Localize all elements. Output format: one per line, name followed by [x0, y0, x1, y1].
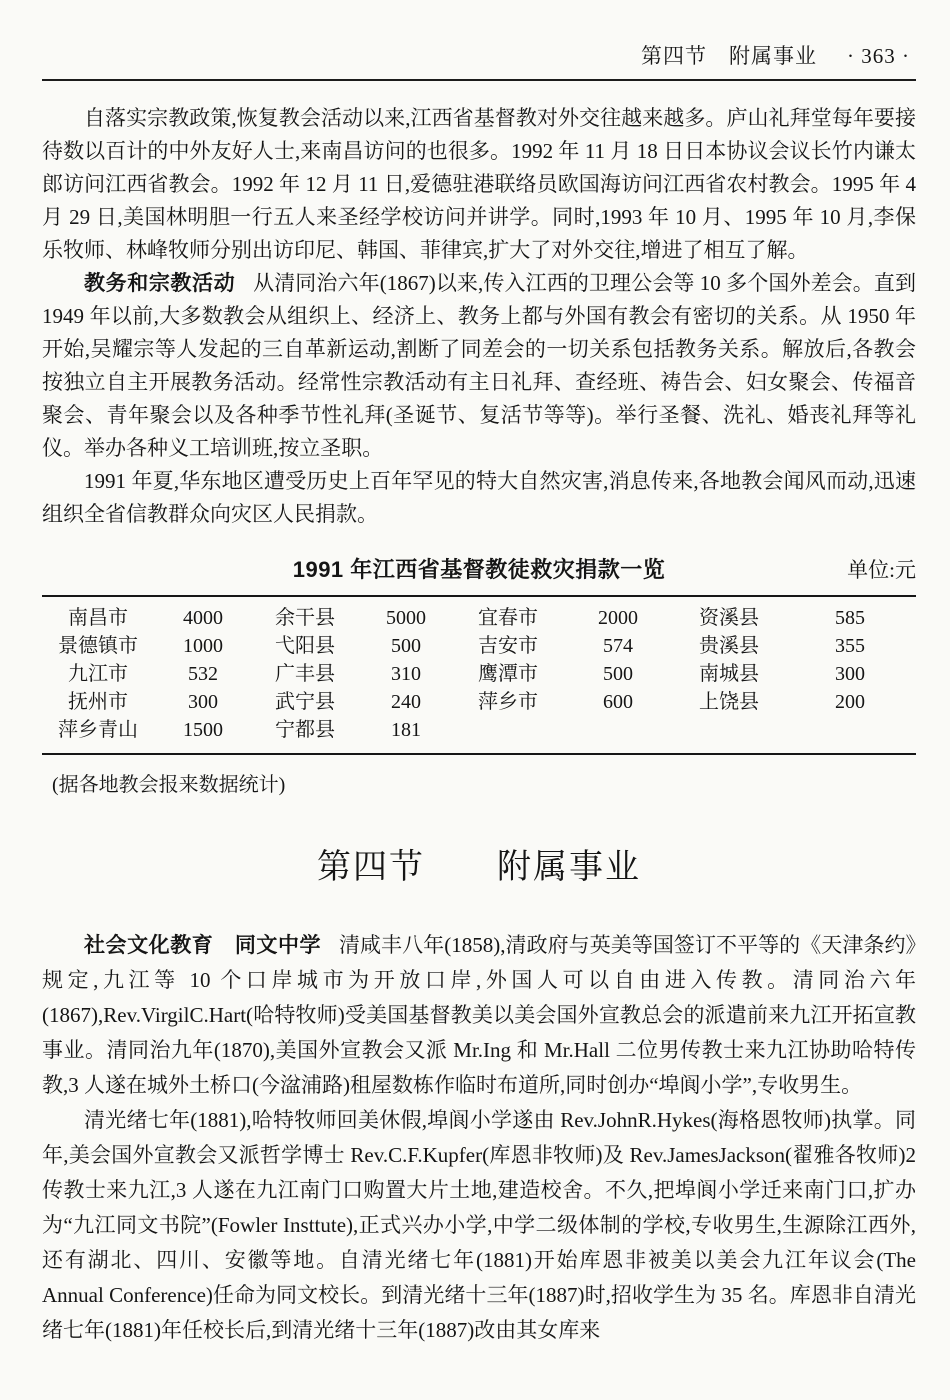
table-row: 南昌市4000余干县5000宜春市2000资溪县585 — [42, 604, 916, 632]
table-cell-amount: 4000 — [154, 604, 252, 632]
table-cell-amount: 355 — [784, 632, 916, 660]
table-cell-region: 萍乡市 — [454, 688, 562, 716]
table-cell-amount — [562, 716, 674, 744]
book-page: 第四节 附属事业 · 363 · 自落实宗教政策,恢复教会活动以来,江西省基督教… — [0, 0, 950, 1400]
table-cell-amount: 585 — [784, 604, 916, 632]
table-unit-label: 单位:元 — [665, 554, 916, 584]
table-cell-amount: 310 — [358, 660, 454, 688]
table-cell-amount — [784, 716, 916, 744]
table-cell-amount: 500 — [358, 632, 454, 660]
table-row: 九江市532广丰县310鹰潭市500南城县300 — [42, 660, 916, 688]
paragraph: 社会文化教育 同文中学清咸丰八年(1858),清政府与英美等国签订不平等的《天津… — [42, 928, 916, 1103]
body-text-upper: 自落实宗教政策,恢复教会活动以来,江西省基督教对外交往越来越多。庐山礼拜堂每年要… — [42, 102, 916, 531]
running-header-page-number: · 363 · — [847, 44, 910, 69]
paragraph: 自落实宗教政策,恢复教会活动以来,江西省基督教对外交往越来越多。庐山礼拜堂每年要… — [42, 102, 916, 267]
table-cell-amount: 600 — [562, 688, 674, 716]
table-cell-region: 宜春市 — [454, 604, 562, 632]
table-row: 景德镇市1000弋阳县500吉安市574贵溪县355 — [42, 632, 916, 660]
paragraph-lead: 社会文化教育 同文中学 — [84, 934, 321, 957]
paragraph-text: 1991 年夏,华东地区遭受历史上百年罕见的特大自然灾害,消息传来,各地教会闻风… — [42, 469, 916, 526]
table-cell-amount: 1000 — [154, 632, 252, 660]
table-cell-region: 南城县 — [674, 660, 784, 688]
table-cell-region: 九江市 — [42, 660, 154, 688]
table-cell-region: 广丰县 — [252, 660, 358, 688]
table-cell-amount: 2000 — [562, 604, 674, 632]
table-cell-region: 抚州市 — [42, 688, 154, 716]
table-row: 萍乡青山1500宁都县181 — [42, 716, 916, 744]
table-cell-region — [674, 716, 784, 744]
table-cell-region: 贵溪县 — [674, 632, 784, 660]
table-cell-region: 上饶县 — [674, 688, 784, 716]
running-header: 第四节 附属事业 · 363 · — [42, 40, 916, 70]
body-text-lower: 社会文化教育 同文中学清咸丰八年(1858),清政府与英美等国签订不平等的《天津… — [42, 928, 916, 1348]
paragraph: 教务和宗教活动从清同治六年(1867)以来,传入江西的卫理公会等 10 多个国外… — [42, 267, 916, 465]
table-title: 1991 年江西省基督教徒救灾捐款一览 — [293, 553, 666, 584]
table-note: (据各地教会报来数据统计) — [52, 768, 916, 797]
table-grid: 南昌市4000余干县5000宜春市2000资溪县585景德镇市1000弋阳县50… — [42, 595, 916, 755]
table-cell-region: 景德镇市 — [42, 632, 154, 660]
paragraph-text: 清光绪七年(1881),哈特牧师回美休假,埠阆小学遂由 Rev.JohnR.Hy… — [42, 1108, 916, 1342]
table-cell-amount: 300 — [154, 688, 252, 716]
table-cell-amount: 532 — [154, 660, 252, 688]
running-header-section: 第四节 附属事业 — [641, 40, 817, 70]
table-title-row: 1991 年江西省基督教徒救灾捐款一览 单位:元 — [42, 553, 916, 584]
paragraph-lead: 教务和宗教活动 — [84, 272, 235, 295]
table-cell-amount: 181 — [358, 716, 454, 744]
paragraph: 清光绪七年(1881),哈特牧师回美休假,埠阆小学遂由 Rev.JohnR.Hy… — [42, 1103, 916, 1348]
paragraph-text: 自落实宗教政策,恢复教会活动以来,江西省基督教对外交往越来越多。庐山礼拜堂每年要… — [42, 106, 916, 262]
paragraph-text: 从清同治六年(1867)以来,传入江西的卫理公会等 10 多个国外差会。直到 1… — [42, 271, 916, 460]
table-cell-amount: 5000 — [358, 604, 454, 632]
table-cell-region: 余干县 — [252, 604, 358, 632]
table-cell-region: 鹰潭市 — [454, 660, 562, 688]
table-cell-region: 弋阳县 — [252, 632, 358, 660]
table-cell-amount: 1500 — [154, 716, 252, 744]
table-cell-amount: 200 — [784, 688, 916, 716]
table-cell-region — [454, 716, 562, 744]
donation-table: 1991 年江西省基督教徒救灾捐款一览 单位:元 南昌市4000余干县5000宜… — [42, 553, 916, 797]
table-cell-region: 萍乡青山 — [42, 716, 154, 744]
table-cell-region: 武宁县 — [252, 688, 358, 716]
header-rule — [42, 79, 916, 81]
table-cell-region: 宁都县 — [252, 716, 358, 744]
table-cell-region: 南昌市 — [42, 604, 154, 632]
table-cell-amount: 240 — [358, 688, 454, 716]
table-cell-amount: 574 — [562, 632, 674, 660]
section-heading: 第四节 附属事业 — [42, 839, 916, 888]
paragraph: 1991 年夏,华东地区遭受历史上百年罕见的特大自然灾害,消息传来,各地教会闻风… — [42, 465, 916, 531]
table-cell-region: 吉安市 — [454, 632, 562, 660]
table-cell-amount: 500 — [562, 660, 674, 688]
table-cell-amount: 300 — [784, 660, 916, 688]
paragraph-text: 清咸丰八年(1858),清政府与英美等国签订不平等的《天津条约》规定,九江等 1… — [42, 933, 916, 1097]
table-row: 抚州市300武宁县240萍乡市600上饶县200 — [42, 688, 916, 716]
table-cell-region: 资溪县 — [674, 604, 784, 632]
